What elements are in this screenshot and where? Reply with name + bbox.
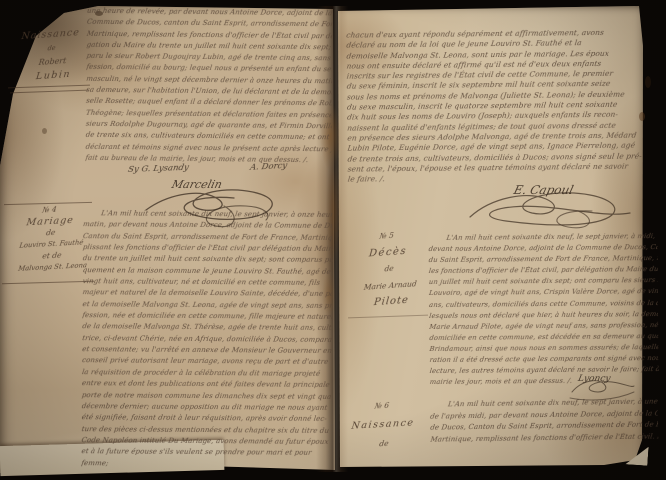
handwritten-line: fait au bureau de la mairie, les jour, m… [85,154,332,168]
ink-speck [42,128,47,134]
act-deces-text: L'An mil huit cent soixante dix neuf, le… [428,232,658,389]
witness-signature: A. Dorcy [249,161,288,173]
marriage-signature: E. Capoul [512,183,575,197]
act-mariage-text: L'An mil huit cent soixante dix neuf, le… [81,209,333,472]
act-naissance-n6-text: L'An mil huit cent soixante dix neuf, le… [430,397,659,446]
handwritten-line: femme; [81,459,332,472]
register-scan: NaissancedeRobertLubin № 4MariagedeLouvi… [0,0,666,480]
death-signature: Lyoncy [577,374,611,384]
margin-note-naissance-lubin: NaissancedeRobertLubin [8,25,96,85]
officiant-signature-flourish: Marcelin [138,176,288,232]
margin-note-naissance-n6: № 6Naissancede [341,394,426,455]
act-naissance-lubin-text: une heure de relevée, par devant nous An… [85,7,333,168]
act-mariage-suite-text: chacun d'eux ayant répondu séparément et… [346,27,647,185]
death-signature-flourish: Lyoncy [568,374,638,402]
margin-note-deces-n5: № 5DécèsdeMarie ArnaudPilote [343,225,435,313]
officiant-signature: Marcelin [170,178,223,191]
marriage-signature-flourish: E. Capoul [458,183,638,233]
